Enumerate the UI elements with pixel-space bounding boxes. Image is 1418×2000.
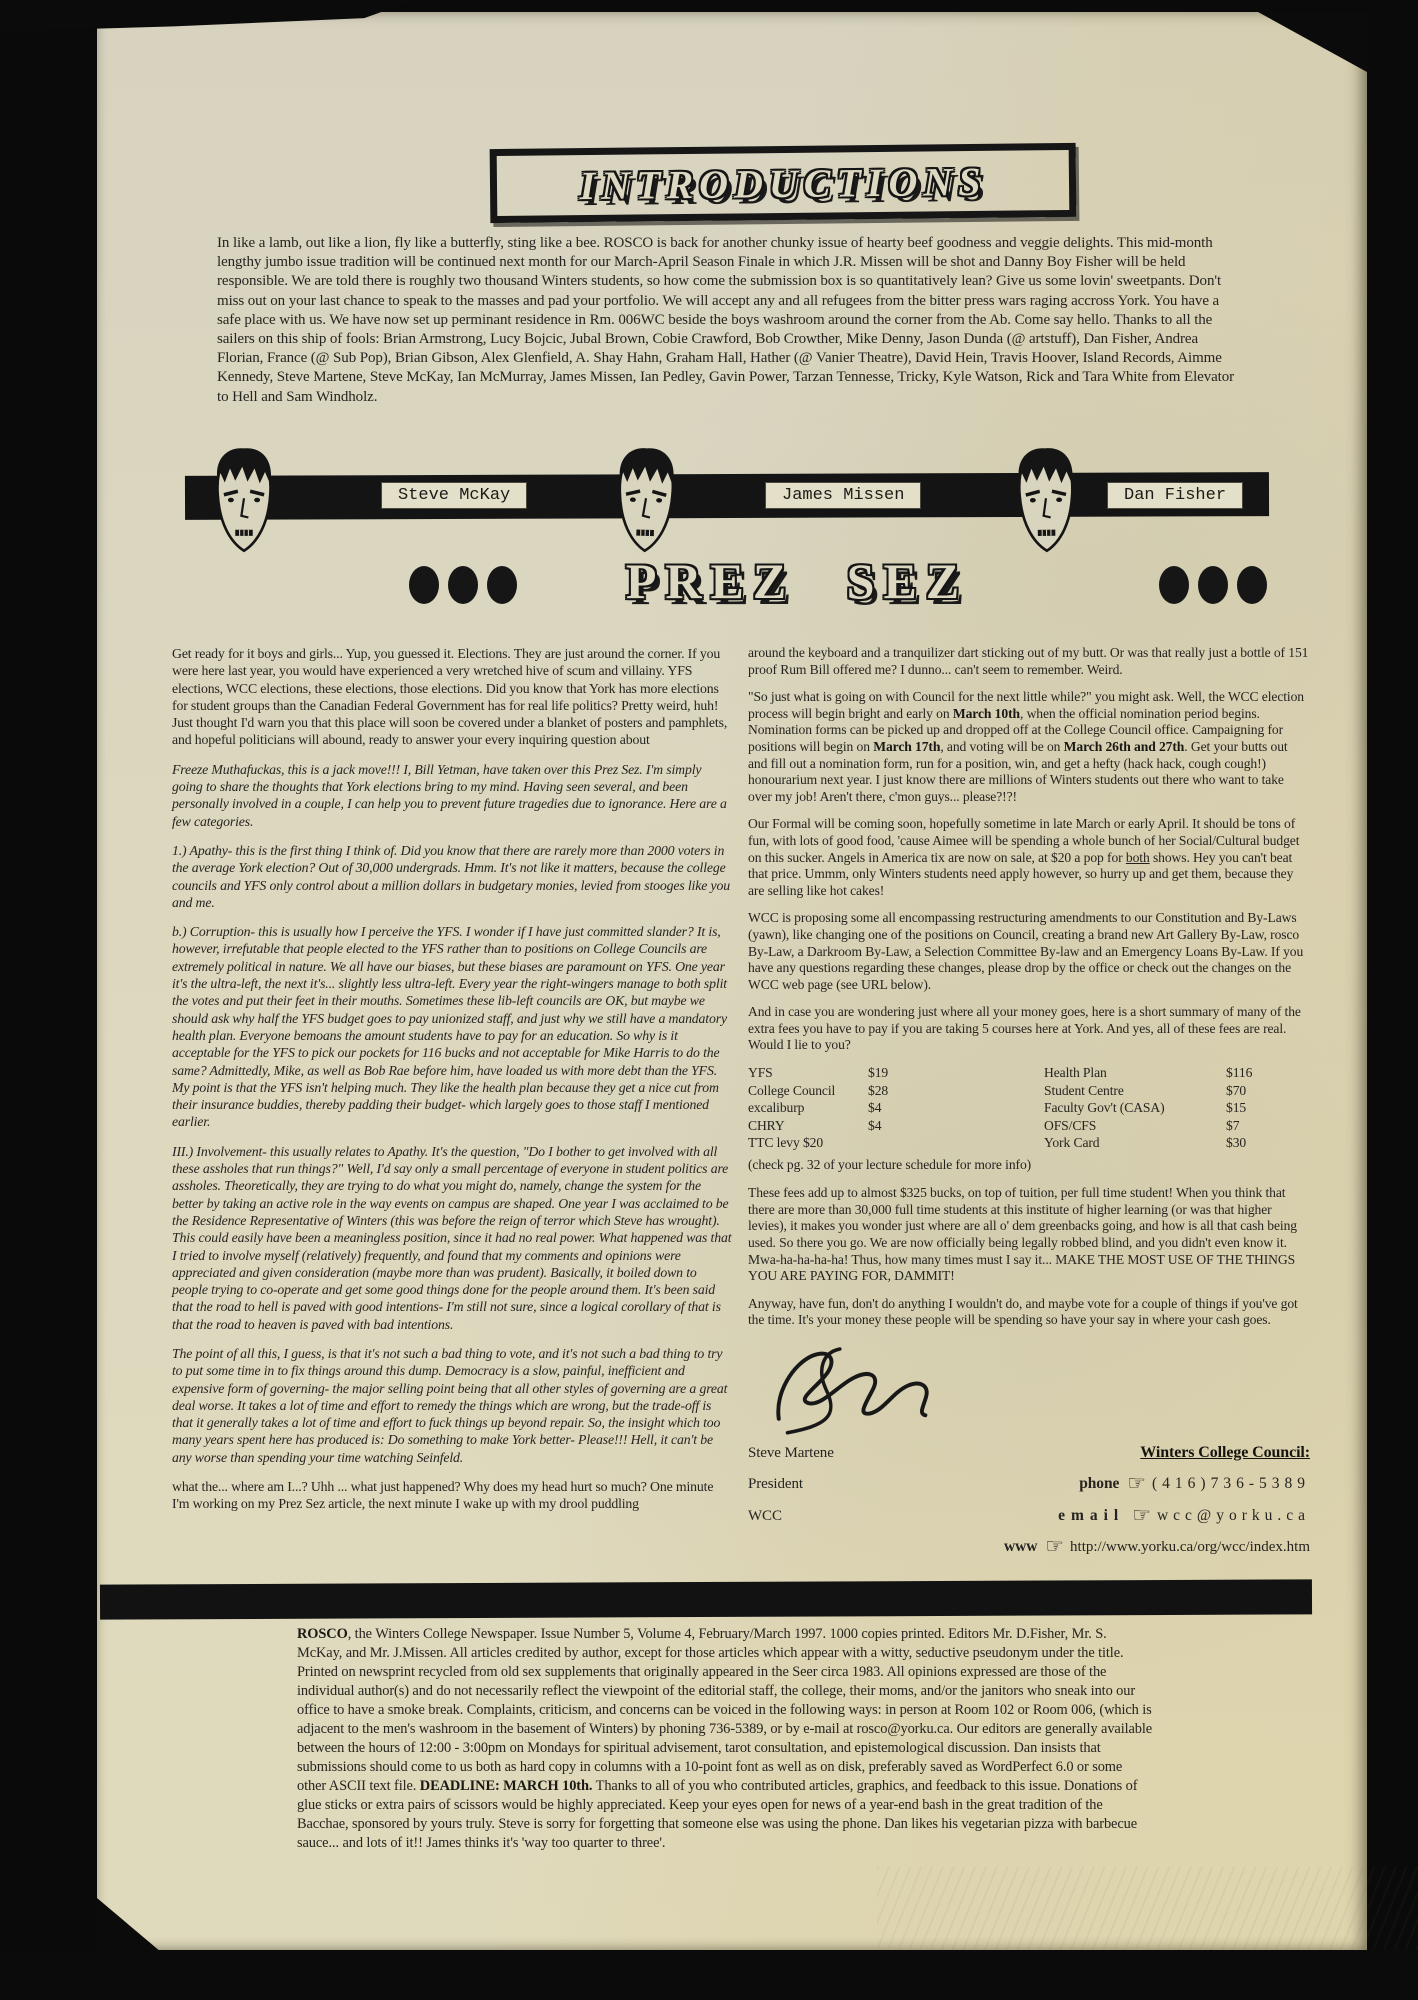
fee-name: CHRY <box>748 1118 868 1136</box>
fee-name: TTC levy $20 <box>748 1135 868 1153</box>
scan-border-bottom <box>0 1950 1418 2000</box>
intro-paragraph: In like a lamb, out like a lion, fly lik… <box>217 234 1239 407</box>
prez-sez-header: PREZ SEZ <box>97 552 1367 624</box>
paragraph-where-am-i: what the... where am I...? Uhh ... what … <box>172 1478 732 1513</box>
masthead-banner: INTRODUCTIONS <box>490 143 1077 223</box>
fee-row: YFS$19 <box>748 1065 1044 1083</box>
president-title: President <box>748 1476 803 1493</box>
www-line: www☞http://www.yorku.ca/org/wcc/index.ht… <box>1004 1536 1310 1556</box>
fee-name: Student Centre <box>1044 1083 1226 1101</box>
pointing-hand-icon: ☞ <box>1045 1534 1064 1558</box>
paragraph-fees-intro: And in case you are wondering just where… <box>748 1004 1310 1054</box>
fees-note: (check pg. 32 of your lecture schedule f… <box>748 1157 1310 1174</box>
scanned-newspaper-page: { "masthead": { "title": "INTRODUCTIONS"… <box>0 0 1418 2000</box>
president-name: Steve Martene <box>748 1445 834 1462</box>
deadline-notice: DEADLINE: MARCH 10th. <box>420 1778 593 1794</box>
fee-row: York Card$30 <box>1044 1135 1310 1153</box>
fee-amount: $30 <box>1226 1135 1246 1153</box>
fee-name: Health Plan <box>1044 1065 1226 1083</box>
footer-divider-bar <box>100 1579 1312 1619</box>
face-sketch-icon <box>201 444 287 556</box>
fee-amount: $19 <box>868 1065 888 1083</box>
contact-row: President phone☞(416)736-5389 <box>748 1473 1310 1493</box>
contributor-label: James Missen <box>765 482 921 509</box>
signature-scrawl-icon <box>754 1342 999 1438</box>
paragraph-elections-intro: Get ready for it boys and girls... Yup, … <box>172 645 732 749</box>
paragraph-formal: Our Formal will be coming soon, hopefull… <box>748 816 1310 899</box>
fee-amount: $28 <box>868 1083 888 1101</box>
fees-table-left: YFS$19 College Council$28 excaliburp$4 C… <box>748 1065 1044 1153</box>
fee-amount: $7 <box>1226 1118 1239 1136</box>
fee-name: College Council <box>748 1083 868 1101</box>
footer-colophon: ROSCO, the Winters College Newspaper. Is… <box>297 1625 1153 1853</box>
email-label: email <box>1058 1507 1124 1524</box>
fee-row: Student Centre$70 <box>1044 1083 1310 1101</box>
paragraph-anyway: Anyway, have fun, don't do anything I wo… <box>748 1296 1310 1329</box>
email-line: email☞wcc@yorku.ca <box>1058 1505 1310 1525</box>
fee-row: Faculty Gov't (CASA)$15 <box>1044 1100 1310 1118</box>
fee-amount: $15 <box>1226 1100 1246 1118</box>
bold-date: March 10th <box>953 706 1020 721</box>
bullet-dot <box>1159 566 1189 604</box>
council-heading: Winters College Council: <box>1140 1445 1310 1462</box>
contact-row: www☞http://www.yorku.ca/org/wcc/index.ht… <box>748 1536 1310 1556</box>
contributor-label: Steve McKay <box>381 482 527 509</box>
article-left-column: Get ready for it boys and girls... Yup, … <box>172 645 732 1525</box>
phone-line: phone☞(416)736-5389 <box>1079 1473 1310 1493</box>
fee-amount: $4 <box>868 1100 881 1118</box>
pointing-hand-icon: ☞ <box>1132 1503 1151 1527</box>
www-label: www <box>1004 1538 1037 1555</box>
prez-sez-title: PREZ SEZ <box>537 552 1057 610</box>
paper-texture <box>877 1867 1418 1957</box>
masthead-title: INTRODUCTIONS <box>579 157 986 208</box>
fee-name: YFS <box>748 1065 868 1083</box>
fee-amount: $116 <box>1226 1065 1252 1083</box>
contact-row: Steve Martene Winters College Council: <box>748 1445 1310 1462</box>
article-body: Get ready for it boys and girls... Yup, … <box>172 645 1310 1853</box>
fee-amount: $70 <box>1226 1083 1246 1101</box>
bullet-dot <box>1198 566 1228 604</box>
fee-name: Faculty Gov't (CASA) <box>1044 1100 1226 1118</box>
paragraph-freeze: Freeze Muthafuckas, this is a jack move!… <box>172 761 732 830</box>
bullet-dot <box>409 566 439 604</box>
face-sketch-icon <box>1002 443 1090 556</box>
fee-row: College Council$28 <box>748 1083 1044 1101</box>
contributors-strip: Steve McKay James Missen Dan Fisher <box>97 448 1367 568</box>
org-name: WCC <box>748 1508 782 1525</box>
fees-table: YFS$19 College Council$28 excaliburp$4 C… <box>748 1065 1310 1153</box>
contributor-label: Dan Fisher <box>1107 482 1243 509</box>
contact-row: WCC email☞wcc@yorku.ca <box>748 1505 1310 1525</box>
underlined-word: both <box>1126 850 1150 865</box>
paragraph-corruption: b.) Corruption- this is usually how I pe… <box>172 923 732 1131</box>
paragraph-involvement: III.) Involvement- this usually relates … <box>172 1143 732 1333</box>
fee-row: excaliburp$4 <box>748 1100 1044 1118</box>
newsprint-page: INTRODUCTIONS In like a lamb, out like a… <box>97 12 1367 1952</box>
bullet-dot <box>487 566 517 604</box>
website-url: http://www.yorku.ca/org/wcc/index.htm <box>1070 1539 1310 1555</box>
article-right-column: around the keyboard and a tranquilizer d… <box>748 645 1310 1568</box>
fee-row: TTC levy $20 <box>748 1135 1044 1153</box>
text-segment: , the Winters College Newspaper. Issue N… <box>297 1626 1152 1794</box>
bullet-dots-left <box>409 566 517 604</box>
bold-date: March 17th <box>873 739 940 754</box>
fee-row: OFS/CFS$7 <box>1044 1118 1310 1136</box>
fee-amount: $4 <box>868 1118 881 1136</box>
fee-row: CHRY$4 <box>748 1118 1044 1136</box>
phone-label: phone <box>1079 1475 1119 1492</box>
fee-name: York Card <box>1044 1135 1226 1153</box>
bullet-dot <box>448 566 478 604</box>
phone-number: (416)736-5389 <box>1152 1475 1310 1492</box>
paragraph-apathy: 1.) Apathy- this is the first thing I th… <box>172 842 732 911</box>
face-sketch-icon <box>602 443 691 557</box>
paper-name: ROSCO <box>297 1626 348 1642</box>
paragraph-election-dates: "So just what is going on with Council f… <box>748 689 1310 805</box>
bullet-dots-right <box>1159 566 1267 604</box>
bullet-dot <box>1237 566 1267 604</box>
fees-table-right: Health Plan$116 Student Centre$70 Facult… <box>1044 1065 1310 1153</box>
text-segment: , and voting will be on <box>940 739 1063 754</box>
bold-date: March 26th and 27th <box>1064 739 1185 754</box>
pointing-hand-icon: ☞ <box>1127 1471 1146 1495</box>
email-address: wcc@yorku.ca <box>1157 1507 1310 1524</box>
fee-name: excaliburp <box>748 1100 868 1118</box>
contact-block: Steve Martene Winters College Council: P… <box>748 1445 1310 1556</box>
fee-row: Health Plan$116 <box>1044 1065 1310 1083</box>
paragraph-keyboard: around the keyboard and a tranquilizer d… <box>748 645 1310 678</box>
paragraph-bylaws: WCC is proposing some all encompassing r… <box>748 910 1310 993</box>
paragraph-fees-total: These fees add up to almost $325 bucks, … <box>748 1185 1310 1285</box>
fee-name: OFS/CFS <box>1044 1118 1226 1136</box>
paragraph-point-of-all-this: The point of all this, I guess, is that … <box>172 1345 732 1466</box>
